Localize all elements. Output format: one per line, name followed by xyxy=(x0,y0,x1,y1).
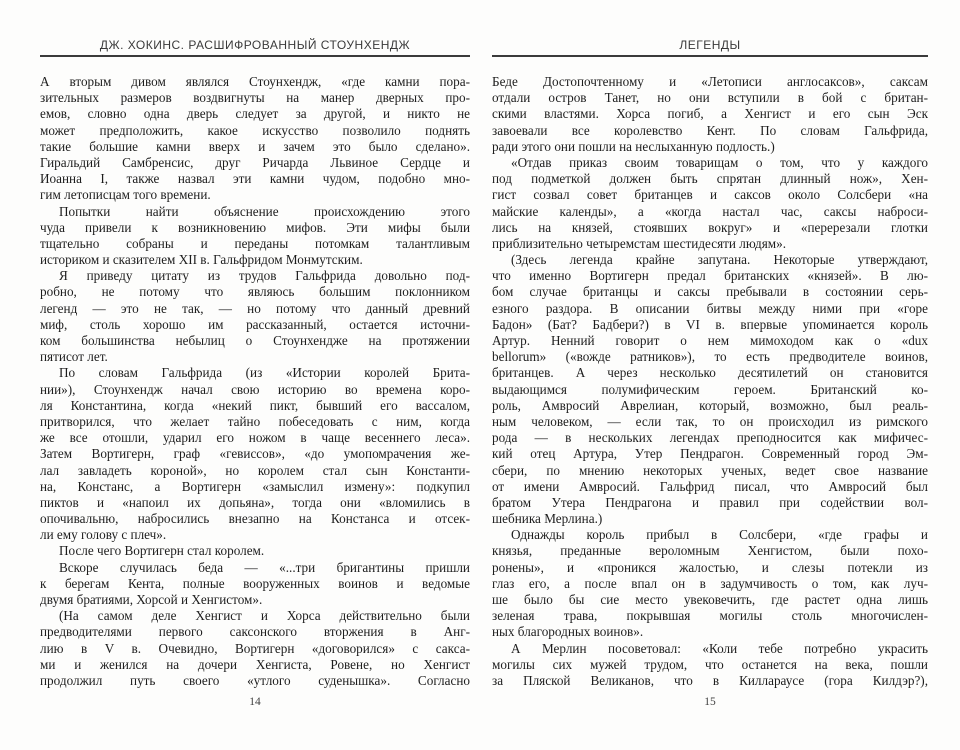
running-head-right: ЛЕГЕНДЫ xyxy=(492,37,928,57)
text-line: что именно Вортигерн предал британских «… xyxy=(492,268,928,284)
text-line: же все отошли, ударил его ножом в чаще в… xyxy=(40,430,470,446)
text-line: По словам Гальфрида (из «Истории королей… xyxy=(40,365,470,381)
text-line: чуда привели к возникновению мифов. Эти … xyxy=(40,220,470,236)
text-line: лись на князей, стоявших вокруг» и «пере… xyxy=(492,220,928,236)
text-line: лию в V в. Очевидно, Вортигерн «договори… xyxy=(40,641,470,657)
text-line: майские календы», а «когда настал час, с… xyxy=(492,204,928,220)
text-line: А Мерлин посоветовал: «Коли тебе потребн… xyxy=(492,641,928,657)
text-line: робно, не потому что являюсь большим пок… xyxy=(40,284,470,300)
text-line: может предположить, какое искусство позв… xyxy=(40,123,470,139)
text-line: миф, столь хорошо им рассказанный, остае… xyxy=(40,317,470,333)
text-line: сбери, по мнению некоторых ученых, ведет… xyxy=(492,463,928,479)
book-spread: ДЖ. ХОКИНС. РАСШИФРОВАННЫЙ СТОУНХЕНДЖ А … xyxy=(0,0,960,750)
text-line: А вторым дивом являлся Стоунхендж, «где … xyxy=(40,74,470,90)
text-line: (Здесь легенда крайне запутана. Некоторы… xyxy=(492,252,928,268)
text-line: отдали остров Танет, но они вступили в б… xyxy=(492,90,928,106)
text-line: скими властями. Хорса погиб, а Хенгист и… xyxy=(492,106,928,122)
text-line: историком и сказителем XII в. Гальфридом… xyxy=(40,252,470,268)
text-line: легенд — это не так, — но потому что дан… xyxy=(40,301,470,317)
text-line: емов, словно одна дверь следует за друго… xyxy=(40,106,470,122)
text-line: ше было бы сие место увековечить, где ра… xyxy=(492,592,928,608)
text-line: от имени Амвросий. Гальфрид писал, что А… xyxy=(492,479,928,495)
text-line: лал завладеть короной», но королем стал … xyxy=(40,463,470,479)
text-line: «Отдав приказ своим товарищам о том, что… xyxy=(492,155,928,171)
text-line: роль, Амвросий Аврелиан, который, возмож… xyxy=(492,398,928,414)
text-line: кий отец Артура, Утер Пендрагон. Совреме… xyxy=(492,446,928,462)
text-line: Иоанна I, также назвал эти камни чудом, … xyxy=(40,171,470,187)
text-line: Попытки найти объяснение происхождению э… xyxy=(40,204,470,220)
text-line: выдающимся полумифическим героем. Британ… xyxy=(492,382,928,398)
text-line: двумя братиями, Хорсой и Хенгистом». xyxy=(40,592,470,608)
text-line: Затем Вортигерн, граф «гевиссов», «до ум… xyxy=(40,446,470,462)
text-line: пятисот лет. xyxy=(40,349,470,365)
text-line: князья, преданные вероломным Хенгистом, … xyxy=(492,543,928,559)
text-line: продолжил путь своего «утлого суденышка»… xyxy=(40,673,470,689)
text-line: завоевали все королевство Кент. По слова… xyxy=(492,123,928,139)
text-line: ронены», и «проникся жалостью, и слезы п… xyxy=(492,560,928,576)
text-line: ком большинства небылиц о Стоунхендже на… xyxy=(40,333,470,349)
text-line: езного раздора. В описании битвы между н… xyxy=(492,301,928,317)
text-line: пиктов и «напоил их допьяна», тогда они … xyxy=(40,495,470,511)
text-line: притворился, что желает тайно побеседова… xyxy=(40,414,470,430)
text-line: нии»), Стоунхендж начал свою историю во … xyxy=(40,382,470,398)
text-line: ми и женился на дочери Хенгиста, Ровене,… xyxy=(40,657,470,673)
text-line: ля Константина, когда «некий пикт, бывши… xyxy=(40,398,470,414)
text-line: Артур. Ненний говорит о нем мимоходом ка… xyxy=(492,333,928,349)
text-line: такие большие камни вверх и зачем это бы… xyxy=(40,139,470,155)
text-line: глаз его, а после впал он в задумчивость… xyxy=(492,576,928,592)
page-number-left: 14 xyxy=(40,696,470,708)
text-line: опочивальню, набросились внезапно на Кон… xyxy=(40,511,470,527)
text-line: Однажды король прибыл в Солсбери, «где г… xyxy=(492,527,928,543)
text-line: под подметкой должен быть спрятан длинны… xyxy=(492,171,928,187)
page-body-left: А вторым дивом являлся Стоунхендж, «где … xyxy=(40,74,470,689)
text-line: ным человеком, — если так, то он происхо… xyxy=(492,414,928,430)
page-left: ДЖ. ХОКИНС. РАСШИФРОВАННЫЙ СТОУНХЕНДЖ А … xyxy=(40,37,470,708)
text-line: Гиральдий Самбренсис, друг Ричарда Львин… xyxy=(40,155,470,171)
running-head-left: ДЖ. ХОКИНС. РАСШИФРОВАННЫЙ СТОУНХЕНДЖ xyxy=(40,37,470,57)
text-line: предводителями первого саксонского вторж… xyxy=(40,624,470,640)
text-line: гист созвал совет британцев и саксов око… xyxy=(492,187,928,203)
text-line: Я приведу цитату из трудов Гальфрида дов… xyxy=(40,268,470,284)
text-line: Бадон» (Бат? Бадбери?) в VI в. впервые у… xyxy=(492,317,928,333)
text-line: за Пляской Великанов, что в Киллараусе (… xyxy=(492,673,928,689)
text-line: бом случае британцы и саксы пребывали в … xyxy=(492,284,928,300)
text-line: к берегам Кента, полные вооруженных воин… xyxy=(40,576,470,592)
page-body-right: Беде Достопочтенному и «Летописи англоса… xyxy=(492,74,928,689)
page-right: ЛЕГЕНДЫ Беде Достопочтенному и «Летописи… xyxy=(492,37,928,708)
text-line: (На самом деле Хенгист и Хорса действите… xyxy=(40,608,470,624)
text-line: зеленая трава, покрывшая могилы столь мн… xyxy=(492,608,928,624)
text-line: могилы сих мужей трудом, что останется н… xyxy=(492,657,928,673)
text-line: зительных размеров воздвигнуты на манер … xyxy=(40,90,470,106)
text-line: ли ему голову с плеч». xyxy=(40,527,470,543)
text-line: рода — в нескольких легендах преподносит… xyxy=(492,430,928,446)
text-line: После чего Вортигерн стал королем. xyxy=(40,543,470,559)
text-line: братом Утера Пендрагона и правил при сод… xyxy=(492,495,928,511)
page-number-right: 15 xyxy=(492,696,928,708)
text-line: на, Констанс, а Вортигерн «замыслил изме… xyxy=(40,479,470,495)
text-line: ных благородных воинов». xyxy=(492,624,928,640)
text-line: тщательно собраны и переданы потомкам та… xyxy=(40,236,470,252)
text-line: гим летописцам того времени. xyxy=(40,187,470,203)
text-line: bellorum» («вожде ратников»), то есть пр… xyxy=(492,349,928,365)
text-line: Вскоре случилась беда — «...три бриганти… xyxy=(40,560,470,576)
text-line: шебника Мерлина.) xyxy=(492,511,928,527)
text-line: ради этого они пошли на неслыханную подл… xyxy=(492,139,928,155)
text-line: Беде Достопочтенному и «Летописи англоса… xyxy=(492,74,928,90)
text-line: британцев. А через несколько десятилетий… xyxy=(492,365,928,381)
text-line: приблизительно четыремстам шестидесяти л… xyxy=(492,236,928,252)
